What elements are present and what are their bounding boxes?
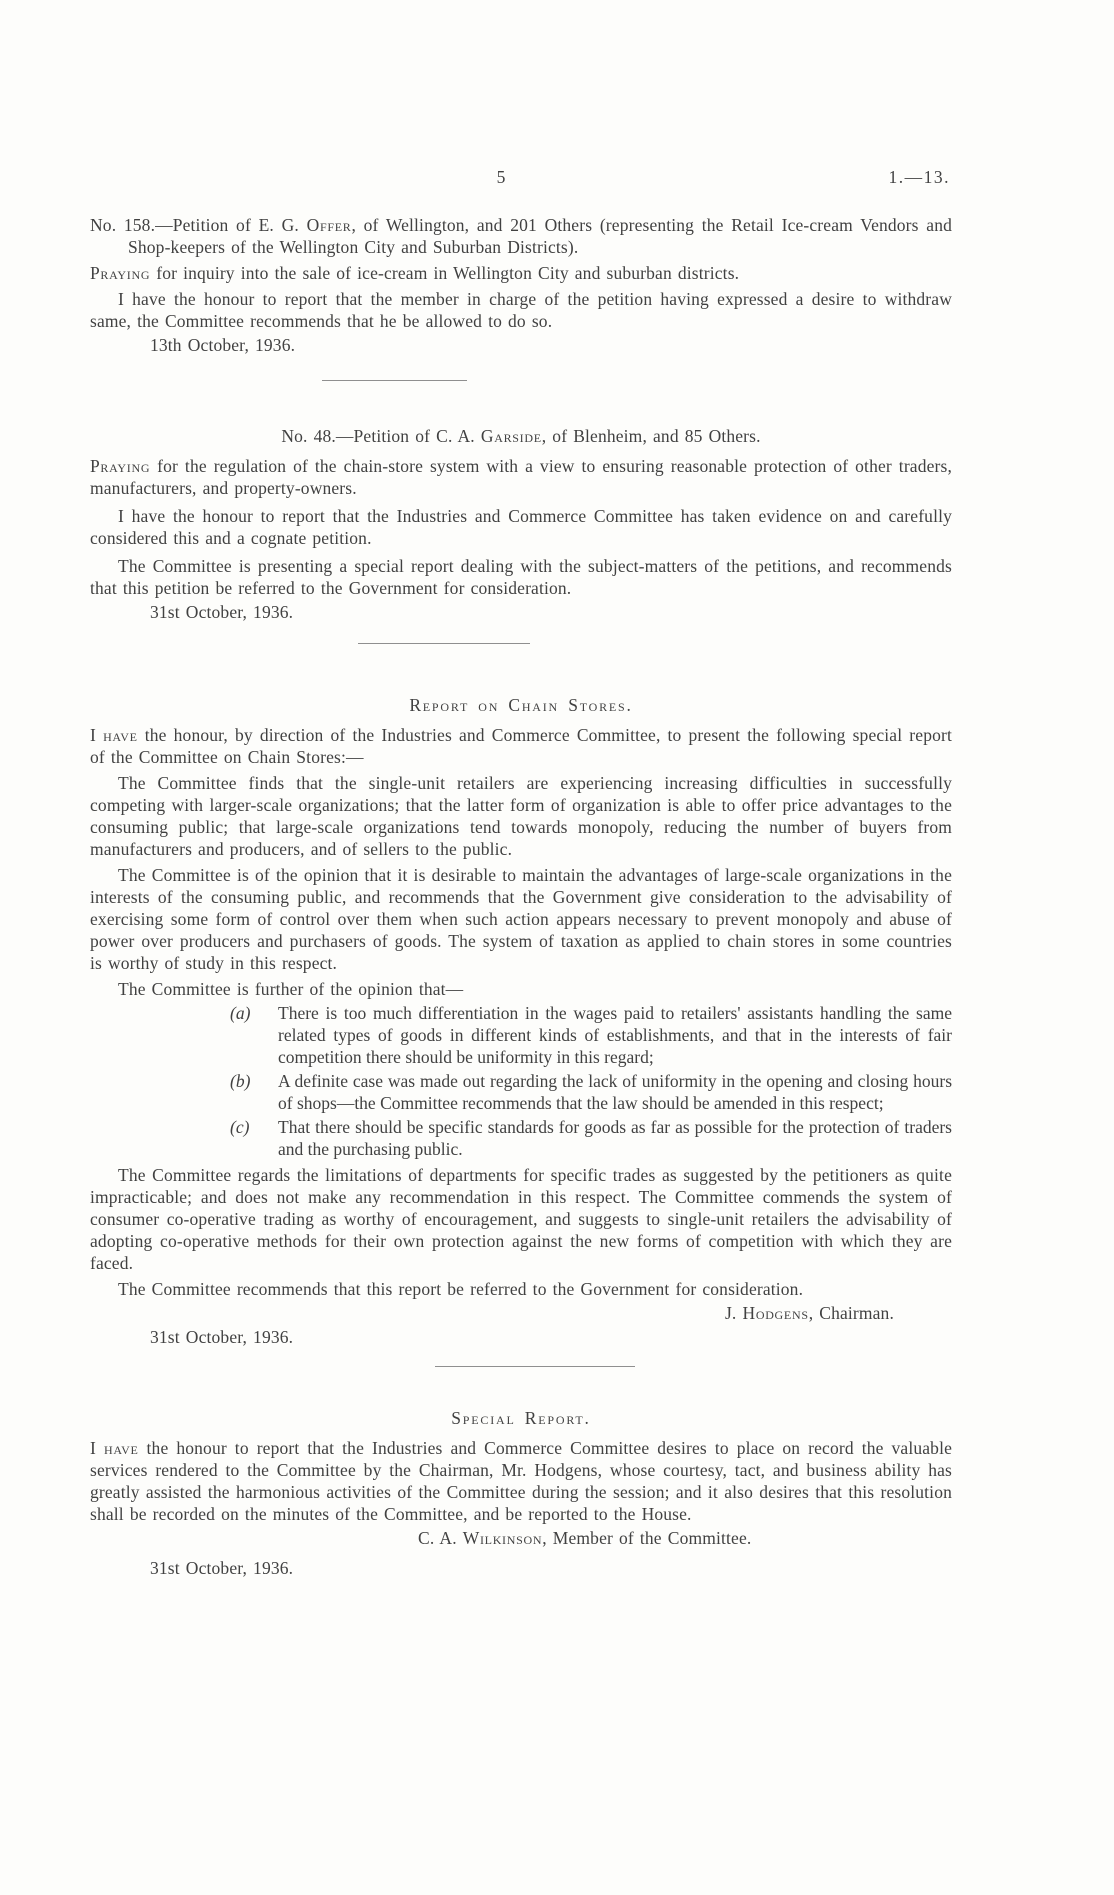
special-report-date: 31st October, 1936. <box>90 1557 952 1579</box>
heading-text: No. 158.—Petition of E. G. <box>90 215 307 235</box>
chain-stores-further-paragraph: The Committee is further of the opinion … <box>90 978 952 1000</box>
page-header: 5 1.—13. <box>90 166 952 188</box>
list-item-label: (a) <box>230 1002 278 1068</box>
list-item-text: There is too much differentiation in the… <box>278 1002 952 1068</box>
have-word: have <box>104 1438 139 1458</box>
petition-48-praying-paragraph: Praying for the regulation of the chain-… <box>90 455 952 499</box>
paragraph-text: the honour to report that the Industries… <box>90 1438 952 1524</box>
section-special-report: Special Report. I have the honour to rep… <box>90 1407 952 1579</box>
chain-stores-intro-paragraph: I have the honour, by direction of the I… <box>90 724 952 768</box>
petition-48-report-paragraph: I have the honour to report that the Ind… <box>90 505 952 549</box>
chairman-signature: J. Hodgens, Chairman. <box>90 1302 952 1324</box>
chain-stores-regards-paragraph: The Committee regards the limitations of… <box>90 1164 952 1274</box>
have-word: have <box>103 725 138 745</box>
section-divider-rule <box>435 1366 635 1367</box>
petition-158-praying-paragraph: Praying for inquiry into the sale of ice… <box>90 262 952 284</box>
section-petition-48: No. 48.—Petition of C. A. Garside, of Bl… <box>90 425 952 623</box>
section-divider-rule <box>322 380 467 381</box>
list-item-a: (a) There is too much differentiation in… <box>230 1002 952 1068</box>
signature-name: Hodgens <box>742 1303 808 1323</box>
list-item-text: That there should be specific standards … <box>278 1116 952 1160</box>
list-item-text: A definite case was made out regarding t… <box>278 1070 952 1114</box>
special-report-paragraph: I have the honour to report that the Ind… <box>90 1437 952 1525</box>
chain-stores-recommends-paragraph: The Committee recommends that this repor… <box>90 1278 952 1300</box>
heading-text: , of Blenheim, and 85 Others. <box>542 426 761 446</box>
praying-word: Praying <box>90 456 150 476</box>
list-item-label: (b) <box>230 1070 278 1114</box>
praying-word: Praying <box>90 263 150 283</box>
page-number: 5 <box>90 166 912 188</box>
section-divider-rule <box>358 643 530 644</box>
chain-stores-report-date: 31st October, 1936. <box>90 1326 952 1348</box>
petitioner-name: Offer <box>307 215 352 235</box>
petition-48-date: 31st October, 1936. <box>90 601 952 623</box>
paragraph-text: the honour, by direction of the Industri… <box>90 725 952 767</box>
paragraph-text: for inquiry into the sale of ice-cream i… <box>150 263 739 283</box>
signature-text: , Chairman. <box>809 1303 894 1323</box>
list-item-b: (b) A definite case was made out regardi… <box>230 1070 952 1114</box>
chain-stores-finds-paragraph: The Committee finds that the single-unit… <box>90 772 952 860</box>
signature-name: Wilkinson <box>463 1528 542 1548</box>
chain-stores-report-title: Report on Chain Stores. <box>90 694 952 716</box>
section-chain-stores-report: Report on Chain Stores. I have the honou… <box>90 694 952 1348</box>
member-signature: C. A. Wilkinson, Member of the Committee… <box>90 1527 952 1549</box>
petition-158-report-paragraph: I have the honour to report that the mem… <box>90 288 952 332</box>
petition-158-heading: No. 158.—Petition of E. G. Offer, of Wel… <box>90 214 952 258</box>
opinion-list: (a) There is too much differentiation in… <box>230 1002 952 1160</box>
petitioner-name: Garside <box>481 426 542 446</box>
special-report-title: Special Report. <box>90 1407 952 1429</box>
list-item-label: (c) <box>230 1116 278 1160</box>
heading-text: No. 48.—Petition of C. A. <box>281 426 481 446</box>
paragraph-text: I <box>90 1438 104 1458</box>
scanned-document-page: 5 1.—13. No. 158.—Petition of E. G. Offe… <box>0 0 1114 1895</box>
paper-reference: 1.—13. <box>889 166 951 188</box>
paragraph-text: for the regulation of the chain-store sy… <box>90 456 952 498</box>
chain-stores-opinion-paragraph: The Committee is of the opinion that it … <box>90 864 952 974</box>
list-item-c: (c) That there should be specific standa… <box>230 1116 952 1160</box>
signature-text: C. A. <box>418 1528 463 1548</box>
petition-48-heading: No. 48.—Petition of C. A. Garside, of Bl… <box>90 425 952 447</box>
signature-text: J. <box>725 1303 743 1323</box>
section-petition-158: No. 158.—Petition of E. G. Offer, of Wel… <box>90 214 952 356</box>
petition-48-special-paragraph: The Committee is presenting a special re… <box>90 555 952 599</box>
paragraph-text: I <box>90 725 103 745</box>
petition-158-date: 13th October, 1936. <box>90 334 952 356</box>
signature-text: , Member of the Committee. <box>542 1528 751 1548</box>
text-column: 5 1.—13. No. 158.—Petition of E. G. Offe… <box>90 166 952 1579</box>
